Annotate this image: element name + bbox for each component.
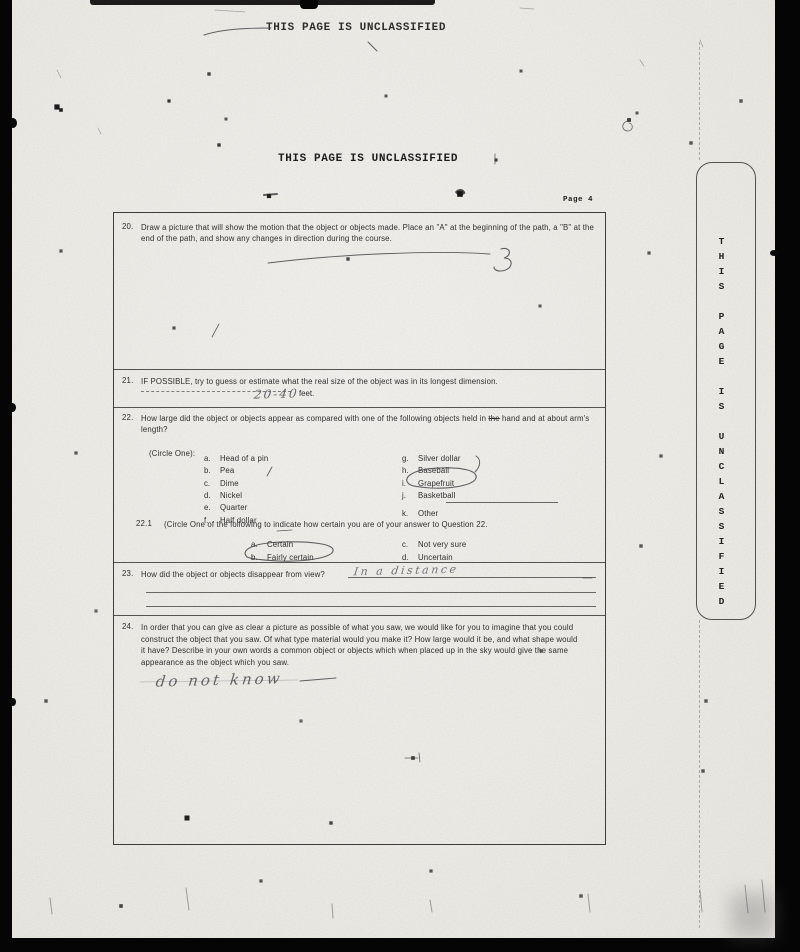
scan-edge-left xyxy=(0,0,12,952)
page-number: Page 4 xyxy=(563,196,593,204)
scan-speckles xyxy=(0,0,2,2)
q22-1-number: 22.1 xyxy=(136,519,152,528)
q23-answer-handwritten: In a distance xyxy=(353,563,459,579)
q21-answer-handwritten: 20-40 xyxy=(253,386,299,401)
option-row-circled: b.Fairly certain xyxy=(251,547,314,565)
section-divider xyxy=(113,407,605,408)
option-letter: d. xyxy=(402,553,418,562)
scan-smudge xyxy=(730,893,774,937)
scanned-document-page: THIS PAGE IS UNCLASSIFIED THIS PAGE IS U… xyxy=(0,0,800,952)
scan-edge-top xyxy=(90,0,435,5)
side-unclassified-stamp: THIS PAGE IS UNCLASSIFIED xyxy=(716,236,727,611)
option-row: j.Basketball xyxy=(402,485,455,503)
section-divider xyxy=(113,562,605,563)
option-letter: b. xyxy=(251,553,267,562)
q20-text: Draw a picture that will show the motion… xyxy=(141,222,596,244)
answer-line xyxy=(146,592,596,593)
q23-text: How did the object or objects disappear … xyxy=(141,569,325,580)
fold-line xyxy=(699,620,700,928)
answer-line xyxy=(348,577,596,578)
q21-answer-blank xyxy=(141,391,291,392)
q24-answer-handwritten: do not know xyxy=(155,669,284,690)
section-divider xyxy=(113,615,605,616)
header-unclassified-stamp: THIS PAGE IS UNCLASSIFIED xyxy=(278,153,458,165)
q22-number: 22. xyxy=(122,413,133,422)
q22-circle-one-instruction: (Circle One): xyxy=(149,448,195,459)
q21-text: IF POSSIBLE, try to guess or estimate wh… xyxy=(141,376,601,387)
option-label: Uncertain xyxy=(418,553,453,562)
option-letter: j. xyxy=(402,491,418,500)
answer-line xyxy=(146,606,596,607)
q22-1-text: (Circle One of the following to indicate… xyxy=(164,519,594,530)
edge-nub xyxy=(9,403,16,412)
section-divider xyxy=(113,369,605,370)
q23-number: 23. xyxy=(122,569,133,578)
option-label: Fairly certain xyxy=(267,553,314,562)
scan-edge-top-blob xyxy=(300,0,318,9)
q21-unit-label: feet. xyxy=(299,389,314,398)
scan-edge-bottom xyxy=(0,938,800,952)
option-label: Other xyxy=(418,509,438,518)
edge-nub xyxy=(9,118,17,128)
q24-text: In order that you can give as clear a pi… xyxy=(141,622,579,668)
q24-number: 24. xyxy=(122,622,133,631)
other-blank-line xyxy=(446,502,558,503)
option-label: Basketball xyxy=(418,491,455,500)
top-unclassified-stamp: THIS PAGE IS UNCLASSIFIED xyxy=(266,22,446,34)
form-box: 20. Draw a picture that will show the mo… xyxy=(113,212,606,845)
q21-number: 21. xyxy=(122,376,133,385)
edge-nub xyxy=(770,250,778,256)
q20-number: 20. xyxy=(122,222,133,231)
q22-text: How large did the object or objects appe… xyxy=(141,413,601,435)
fold-line xyxy=(699,42,700,160)
option-letter: k. xyxy=(402,509,418,518)
q22-text-pre: How large did the object or objects appe… xyxy=(141,414,488,423)
scan-edge-right xyxy=(775,0,800,952)
q22-struck-word: the xyxy=(488,414,499,423)
edge-nub xyxy=(10,698,16,706)
